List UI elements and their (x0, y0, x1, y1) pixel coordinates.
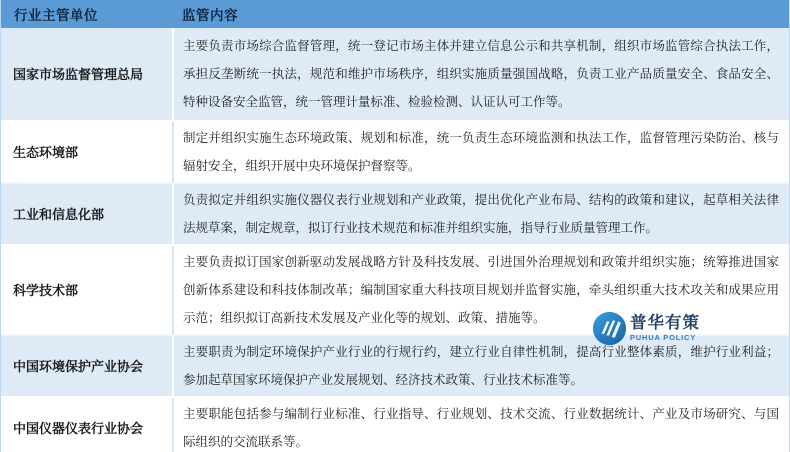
org-cell: 工业和信息化部 (1, 183, 173, 245)
duty-cell: 负责拟定并组织实施仪器仪表行业规划和产业政策，提出优化产业布局、结构的政策和建议… (173, 183, 789, 245)
column-header-duty: 监管内容 (173, 0, 789, 28)
table-row: 国家市场监督管理总局 主要负责市场综合监督管理，统一登记市场主体并建立信息公示和… (1, 28, 789, 121)
table-row: 中国仪器仪表行业协会 主要职能包括参与编制行业标准、行业指导、行业规划、技术交流… (1, 397, 789, 452)
duty-cell: 主要负责市场综合监督管理，统一登记市场主体并建立信息公示和共享机制，组织市场监管… (173, 28, 789, 121)
org-cell: 中国环境保护产业协会 (1, 335, 173, 397)
table-row: 工业和信息化部 负责拟定并组织实施仪器仪表行业规划和产业政策，提出优化产业布局、… (1, 183, 789, 245)
table-row: 生态环境部 制定并组织实施生态环境政策、规划和标准，统一负责生态环境监测和执法工… (1, 121, 789, 183)
duty-cell: 主要负责拟订国家创新驱动发展战略方针及科技发展、引进国外治理规划和政策并组织实施… (173, 245, 789, 335)
table-row: 中国环境保护产业协会 主要职责为制定环境保护产业行业的行规行约，建立行业自律性机… (1, 335, 789, 397)
regulators-table: 行业主管单位 监管内容 国家市场监督管理总局 主要负责市场综合监督管理，统一登记… (1, 0, 789, 452)
duty-cell: 主要职能包括参与编制行业标准、行业指导、行业规划、技术交流、行业数据统计、产业及… (173, 397, 789, 452)
org-cell: 国家市场监督管理总局 (1, 28, 173, 121)
org-cell: 科学技术部 (1, 245, 173, 335)
column-header-org: 行业主管单位 (1, 0, 173, 28)
org-cell: 生态环境部 (1, 121, 173, 183)
regulators-table-container: 行业主管单位 监管内容 国家市场监督管理总局 主要负责市场综合监督管理，统一登记… (0, 0, 790, 452)
duty-cell: 主要职责为制定环境保护产业行业的行规行约，建立行业自律性机制，提高行业整体素质，… (173, 335, 789, 397)
duty-cell: 制定并组织实施生态环境政策、规划和标准，统一负责生态环境监测和执法工作，监督管理… (173, 121, 789, 183)
table-header-row: 行业主管单位 监管内容 (1, 0, 789, 28)
org-cell: 中国仪器仪表行业协会 (1, 397, 173, 452)
table-row: 科学技术部 主要负责拟订国家创新驱动发展战略方针及科技发展、引进国外治理规划和政… (1, 245, 789, 335)
